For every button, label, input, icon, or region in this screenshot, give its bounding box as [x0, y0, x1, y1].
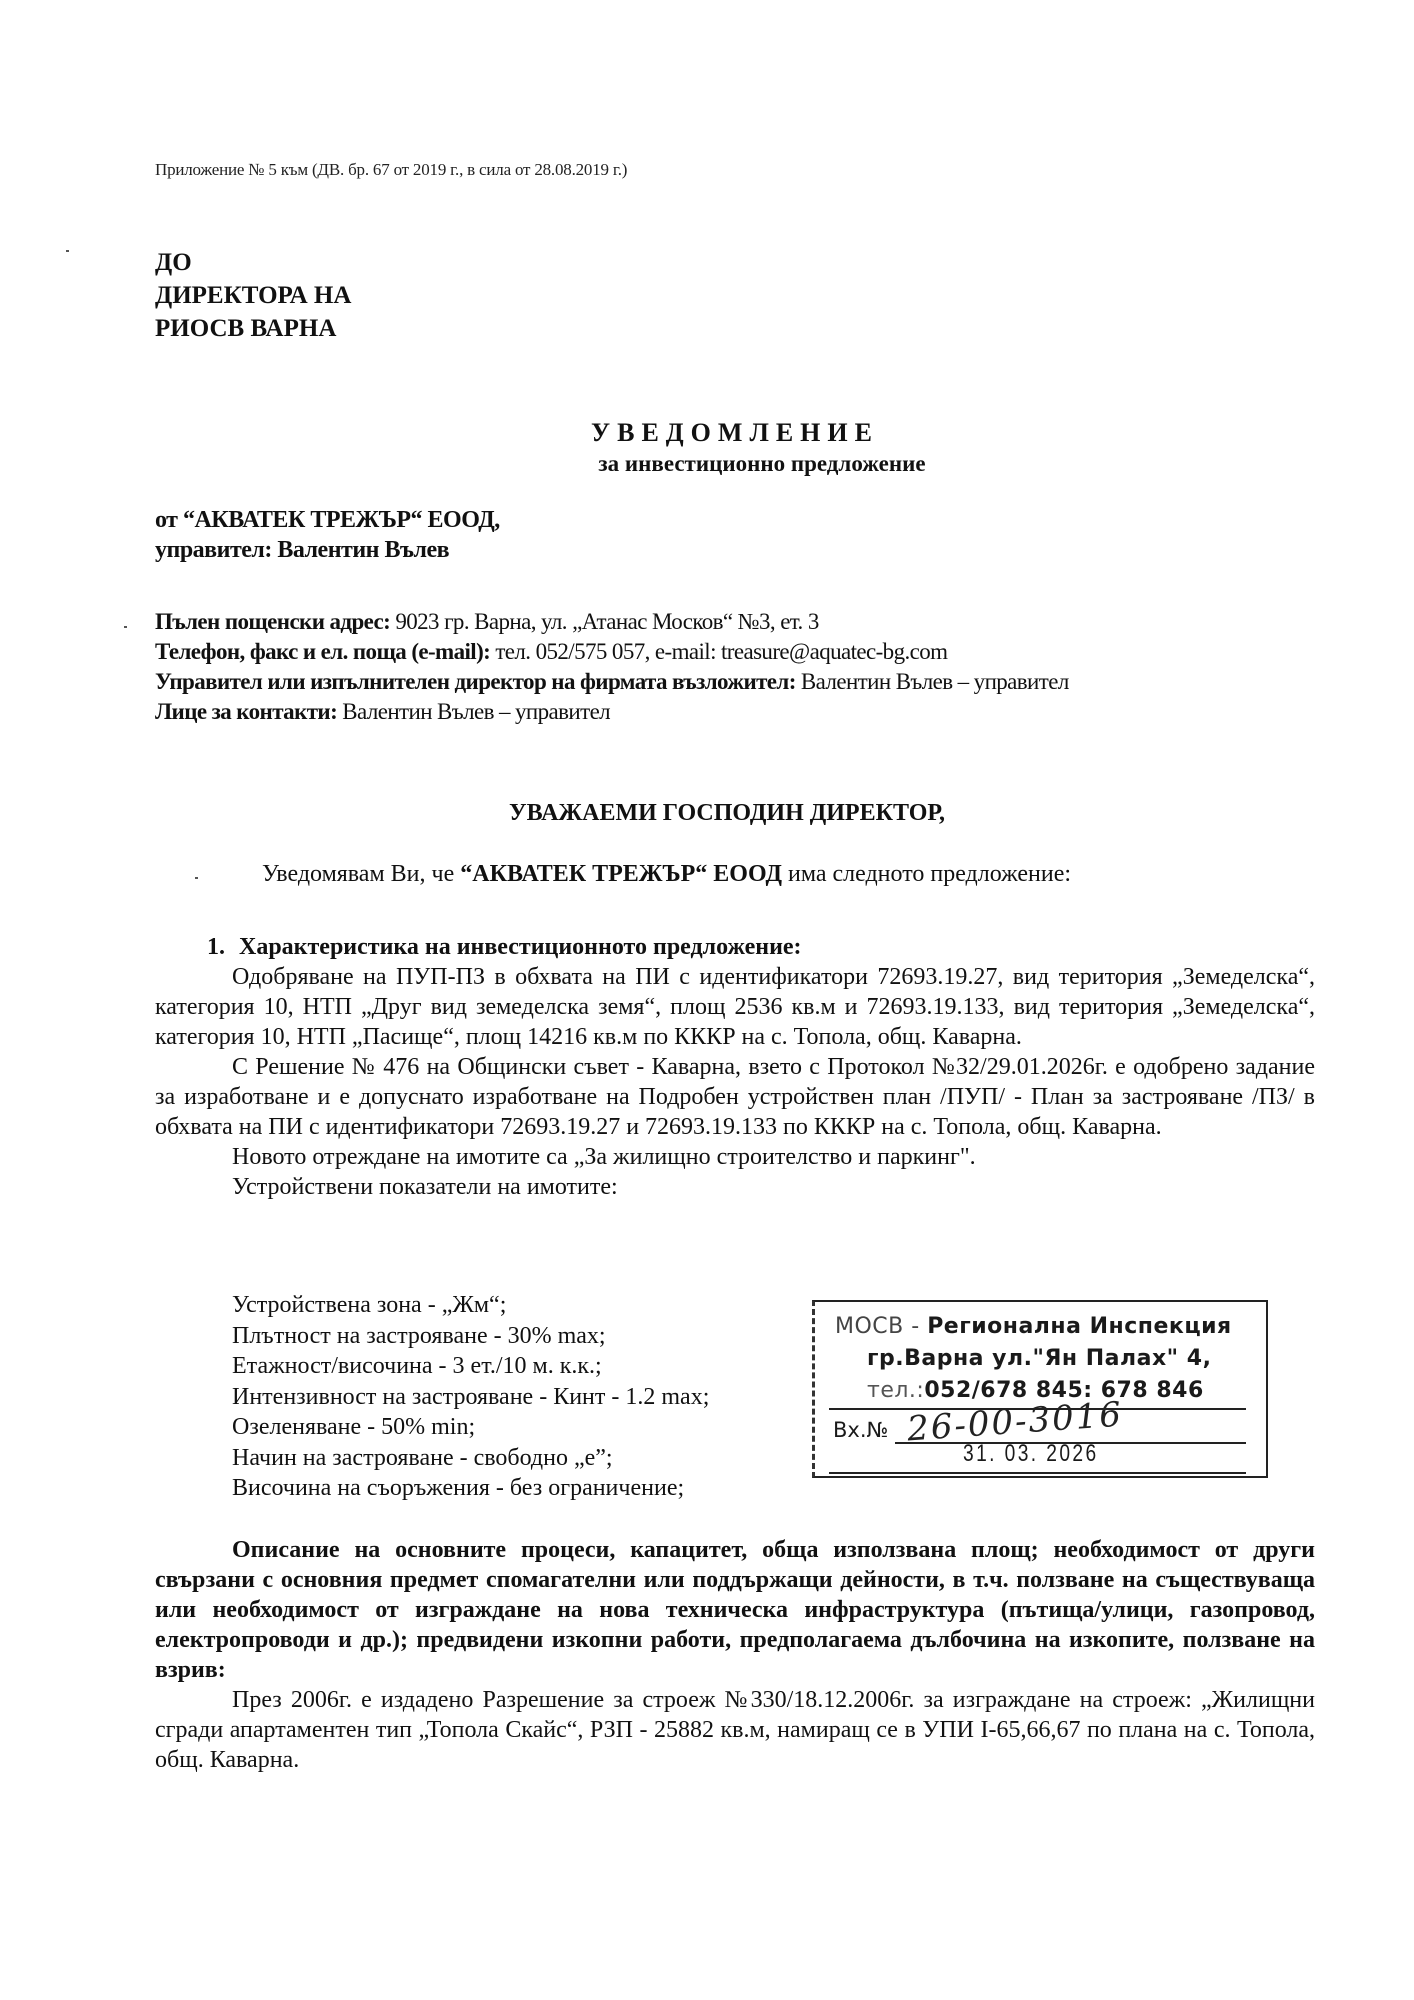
- addressee-line: РИОСВ ВАРНА: [155, 312, 351, 345]
- intro-sentence: Уведомявам Ви, че “АКВАТЕК ТРЕЖЪР“ ЕООД …: [262, 861, 1071, 888]
- indicator-item: Етажност/височина - 3 ет./10 м. к.к.;: [232, 1351, 709, 1382]
- section-1-heading: 1.Характеристика на инвестиционното пред…: [155, 932, 1315, 962]
- scan-speck: [195, 877, 198, 879]
- contact-value: 9023 гр. Варна, ул. „Атанас Москов“ №3, …: [390, 609, 819, 634]
- paragraph: Новото отреждане на имотите са „За жилищ…: [155, 1142, 1315, 1172]
- sender-block: от “АКВАТЕК ТРЕЖЪР“ ЕООД, управител: Вал…: [155, 505, 500, 565]
- sender-manager: управител: Валентин Вълев: [155, 535, 500, 565]
- scan-speck: [124, 626, 127, 628]
- contact-label: Управител или изпълнителен директор на ф…: [155, 669, 796, 694]
- indicator-item: Интензивност на застрояване - Кинт - 1.2…: [232, 1382, 709, 1413]
- registration-stamp: МОСВ - Регионална Инспекция гр.Варна ул.…: [812, 1300, 1268, 1478]
- paragraph: Одобряване на ПУП-ПЗ в обхвата на ПИ с и…: [155, 962, 1315, 1052]
- contact-value: Валентин Вълев – управител: [796, 669, 1069, 694]
- paragraph: Устройствени показатели на имотите:: [155, 1172, 1315, 1202]
- intro-after: има следното предложение:: [782, 861, 1071, 887]
- development-indicators: Устройствена зона - „Жм“; Плътност на за…: [232, 1290, 709, 1504]
- section-title: Характеристика на инвестиционното предло…: [239, 934, 802, 960]
- stamp-divider: [829, 1472, 1246, 1474]
- contact-value: Валентин Вълев – управител: [337, 699, 610, 724]
- paragraph: С Решение № 476 на Общински съвет - Кава…: [155, 1052, 1315, 1142]
- contact-details: Пълен пощенски адрес: 9023 гр. Варна, ул…: [155, 607, 1069, 727]
- intro-before: Уведомявам Ви, че: [262, 861, 460, 887]
- section-2-heading: Описание на основните процеси, капацитет…: [155, 1535, 1315, 1685]
- addressee-block: ДО ДИРЕКТОРА НА РИОСВ ВАРНА: [155, 246, 351, 345]
- stamp-authority: МОСВ - Регионална Инспекция: [835, 1314, 1232, 1339]
- contact-label: Телефон, факс и ел. поща (e-mail):: [155, 639, 490, 664]
- intro-company: “АКВАТЕК ТРЕЖЪР“ ЕООД: [460, 861, 782, 887]
- section-1: 1.Характеристика на инвестиционното пред…: [155, 932, 1315, 1202]
- contact-label: Пълен пощенски адрес:: [155, 609, 390, 634]
- addressee-line: ДО: [155, 246, 351, 279]
- contact-phone-email: Телефон, факс и ел. поща (e-mail): тел. …: [155, 637, 1069, 667]
- indicator-item: Начин на застрояване - свободно „е”;: [232, 1443, 709, 1474]
- document-title: УВЕДОМЛЕНИЕ: [0, 418, 1414, 448]
- stamp-date: 31. 03. 2026: [963, 1440, 1099, 1468]
- stamp-incoming-label: Вх.№: [833, 1418, 888, 1442]
- contact-value: тел. 052/575 057, e-mail: treasure@aquat…: [490, 639, 947, 664]
- section-2: Описание на основните процеси, капацитет…: [155, 1535, 1315, 1775]
- section-number: 1.: [207, 932, 239, 962]
- document-subtitle: за инвестиционно предложение: [0, 451, 1414, 477]
- indicator-item: Височина на съоръжения - без ограничение…: [232, 1473, 709, 1504]
- paragraph: През 2006г. е издадено Разрешение за стр…: [155, 1685, 1315, 1775]
- stamp-address: гр.Варна ул."Ян Палах" 4,: [867, 1346, 1211, 1371]
- contact-address: Пълен пощенски адрес: 9023 гр. Варна, ул…: [155, 607, 1069, 637]
- salutation: УВАЖАЕМИ ГОСПОДИН ДИРЕКТОР,: [0, 800, 1414, 827]
- stamp-phone: тел.:052/678 845: 678 846: [867, 1378, 1204, 1403]
- contact-director: Управител или изпълнителен директор на ф…: [155, 667, 1069, 697]
- indicator-item: Устройствена зона - „Жм“;: [232, 1290, 709, 1321]
- indicator-item: Плътност на застрояване - 30% max;: [232, 1321, 709, 1352]
- annex-reference: Приложение № 5 към (ДВ. бр. 67 от 2019 г…: [155, 160, 627, 180]
- sender-company: от “АКВАТЕК ТРЕЖЪР“ ЕООД,: [155, 505, 500, 535]
- addressee-line: ДИРЕКТОРА НА: [155, 279, 351, 312]
- contact-label: Лице за контакти:: [155, 699, 337, 724]
- scan-speck: [66, 250, 69, 252]
- indicator-item: Озеленяване - 50% min;: [232, 1412, 709, 1443]
- contact-person: Лице за контакти: Валентин Вълев – управ…: [155, 697, 1069, 727]
